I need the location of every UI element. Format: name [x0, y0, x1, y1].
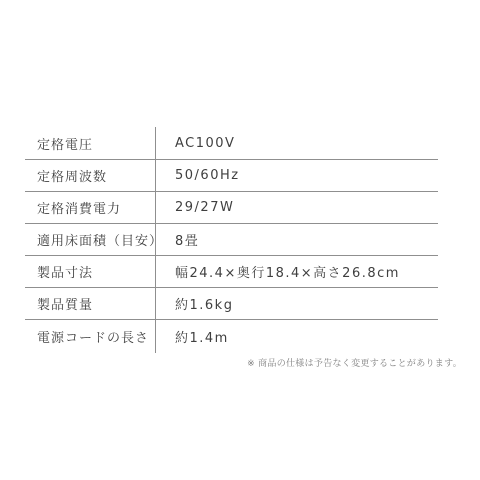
spec-label: 電源コードの長さ — [25, 320, 156, 353]
spec-label: 定格消費電力 — [25, 192, 156, 223]
spec-value: 約1.4m — [156, 327, 438, 346]
spec-row-floor-area: 適用床面積（目安） 8畳 — [25, 223, 438, 255]
spec-row-rated-frequency: 定格周波数 50/60Hz — [25, 159, 438, 191]
spec-row-cord-length: 電源コードの長さ 約1.4m — [25, 319, 438, 353]
spec-value: 幅24.4×奥行18.4×高さ26.8cm — [156, 262, 438, 281]
spec-row-weight: 製品質量 約1.6kg — [25, 287, 438, 319]
spec-row-rated-voltage: 定格電圧 AC100V — [25, 127, 438, 159]
product-spec-page: 定格電圧 AC100V 定格周波数 50/60Hz 定格消費電力 29/27W … — [0, 0, 480, 480]
spec-value: 50/60Hz — [156, 168, 438, 183]
spec-value: 29/27W — [156, 200, 438, 215]
spec-label: 定格周波数 — [25, 160, 156, 191]
spec-table: 定格電圧 AC100V 定格周波数 50/60Hz 定格消費電力 29/27W … — [25, 127, 438, 353]
spec-value: AC100V — [156, 136, 438, 151]
spec-row-power-consumption: 定格消費電力 29/27W — [25, 191, 438, 223]
spec-label: 製品寸法 — [25, 256, 156, 287]
spec-value: 8畳 — [156, 230, 438, 249]
spec-label: 適用床面積（目安） — [25, 224, 156, 255]
spec-label: 製品質量 — [25, 288, 156, 319]
spec-disclaimer-note: ※ 商品の仕様は予告なく変更することがあります。 — [247, 356, 462, 369]
spec-label: 定格電圧 — [25, 127, 156, 159]
spec-row-dimensions: 製品寸法 幅24.4×奥行18.4×高さ26.8cm — [25, 255, 438, 287]
spec-value: 約1.6kg — [156, 294, 438, 313]
